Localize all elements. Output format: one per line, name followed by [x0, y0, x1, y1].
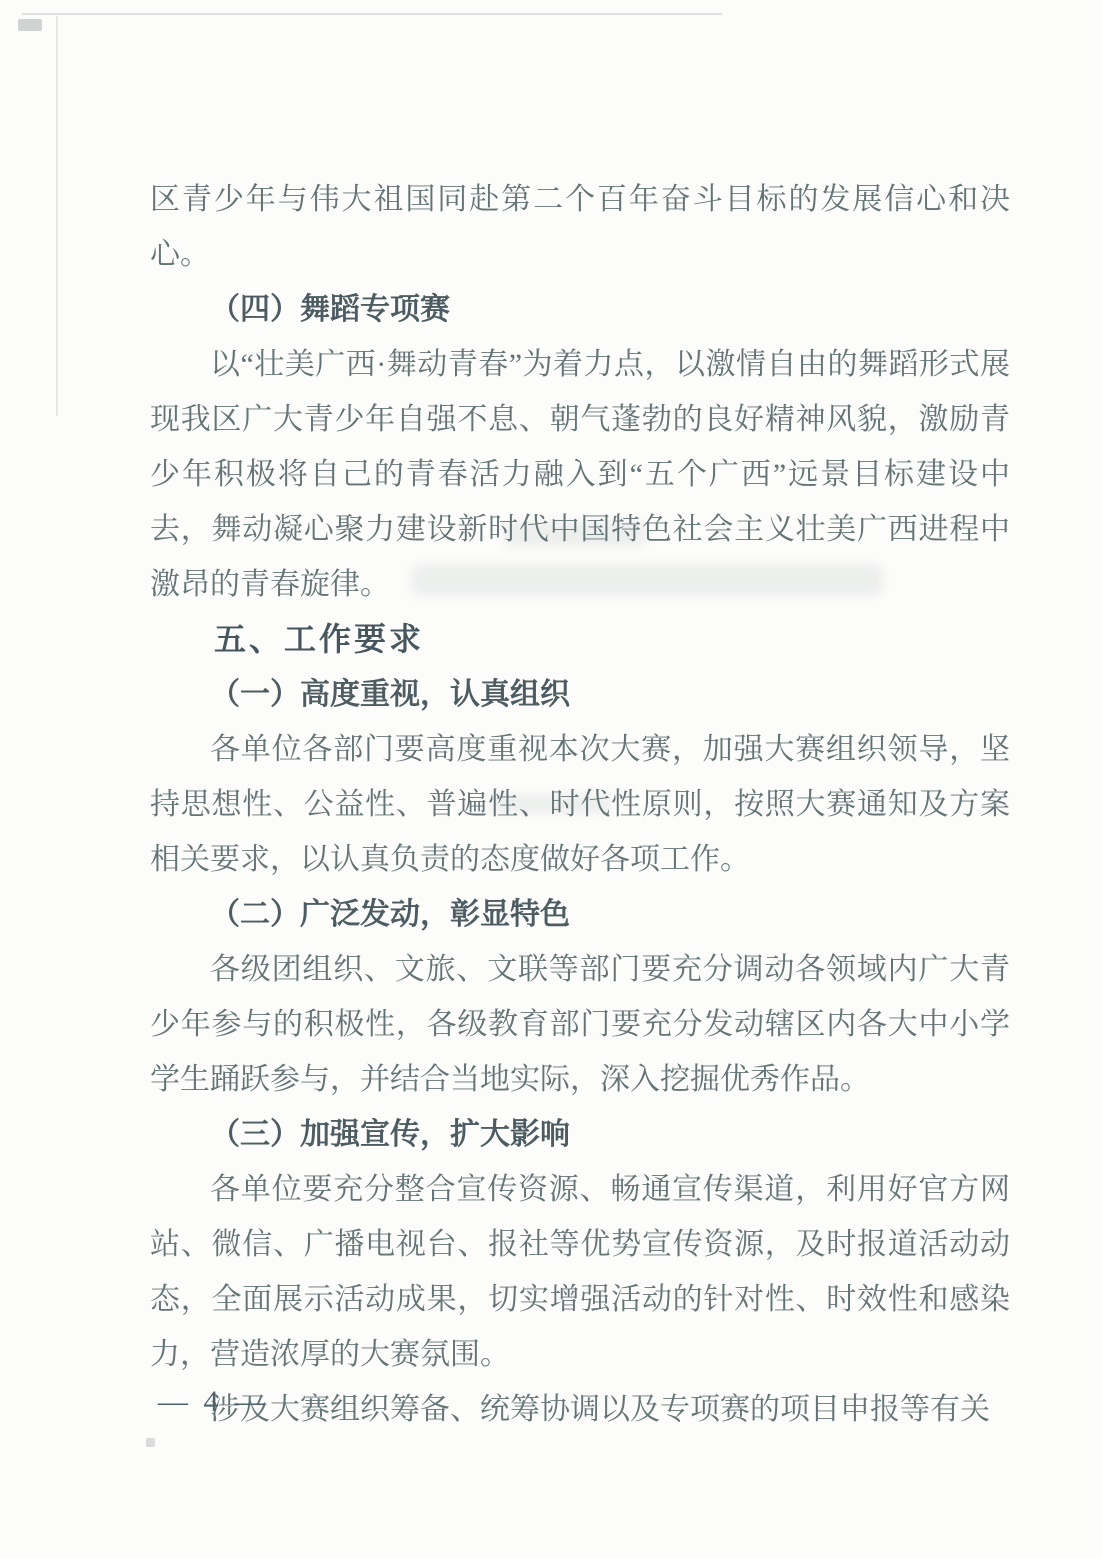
document-paragraph: 涉及大赛组织筹备、统筹协调以及专项赛的项目申报等有关 — [150, 1382, 1010, 1437]
document-heading: 五、工作要求 — [150, 612, 1010, 667]
scanned-document-page: 区青少年与伟大祖国同赴第二个百年奋斗目标的发展信心和决心。（四）舞蹈专项赛以“壮… — [0, 0, 1102, 1559]
document-paragraph: 区青少年与伟大祖国同赴第二个百年奋斗目标的发展信心和决心。 — [150, 172, 1010, 282]
document-paragraph: 各单位各部门要高度重视本次大赛，加强大赛组织领导，坚持思想性、公益性、普遍性、时… — [150, 722, 1010, 887]
document-body: 区青少年与伟大祖国同赴第二个百年奋斗目标的发展信心和决心。（四）舞蹈专项赛以“壮… — [150, 172, 1010, 1437]
document-heading: （四）舞蹈专项赛 — [150, 282, 1010, 337]
scan-artifact-left-line — [56, 16, 58, 416]
document-heading: （二）广泛发动，彰显特色 — [150, 887, 1010, 942]
document-paragraph: 各级团组织、文旅、文联等部门要充分调动各领域内广大青少年参与的积极性，各级教育部… — [150, 942, 1010, 1107]
page-number: — 4 — — [158, 1382, 268, 1422]
scan-artifact-corner-mark — [18, 19, 42, 31]
document-paragraph: 以“壮美广西·舞动青春”为着力点，以激情自由的舞蹈形式展现我区广大青少年自强不息… — [150, 337, 1010, 612]
document-heading: （三）加强宣传，扩大影响 — [150, 1107, 1010, 1162]
scan-artifact-top-edge — [22, 13, 722, 15]
scan-artifact-dot — [146, 1438, 155, 1447]
document-paragraph: 各单位要充分整合宣传资源、畅通宣传渠道，利用好官方网站、微信、广播电视台、报社等… — [150, 1162, 1010, 1382]
document-heading: （一）高度重视，认真组织 — [150, 667, 1010, 722]
